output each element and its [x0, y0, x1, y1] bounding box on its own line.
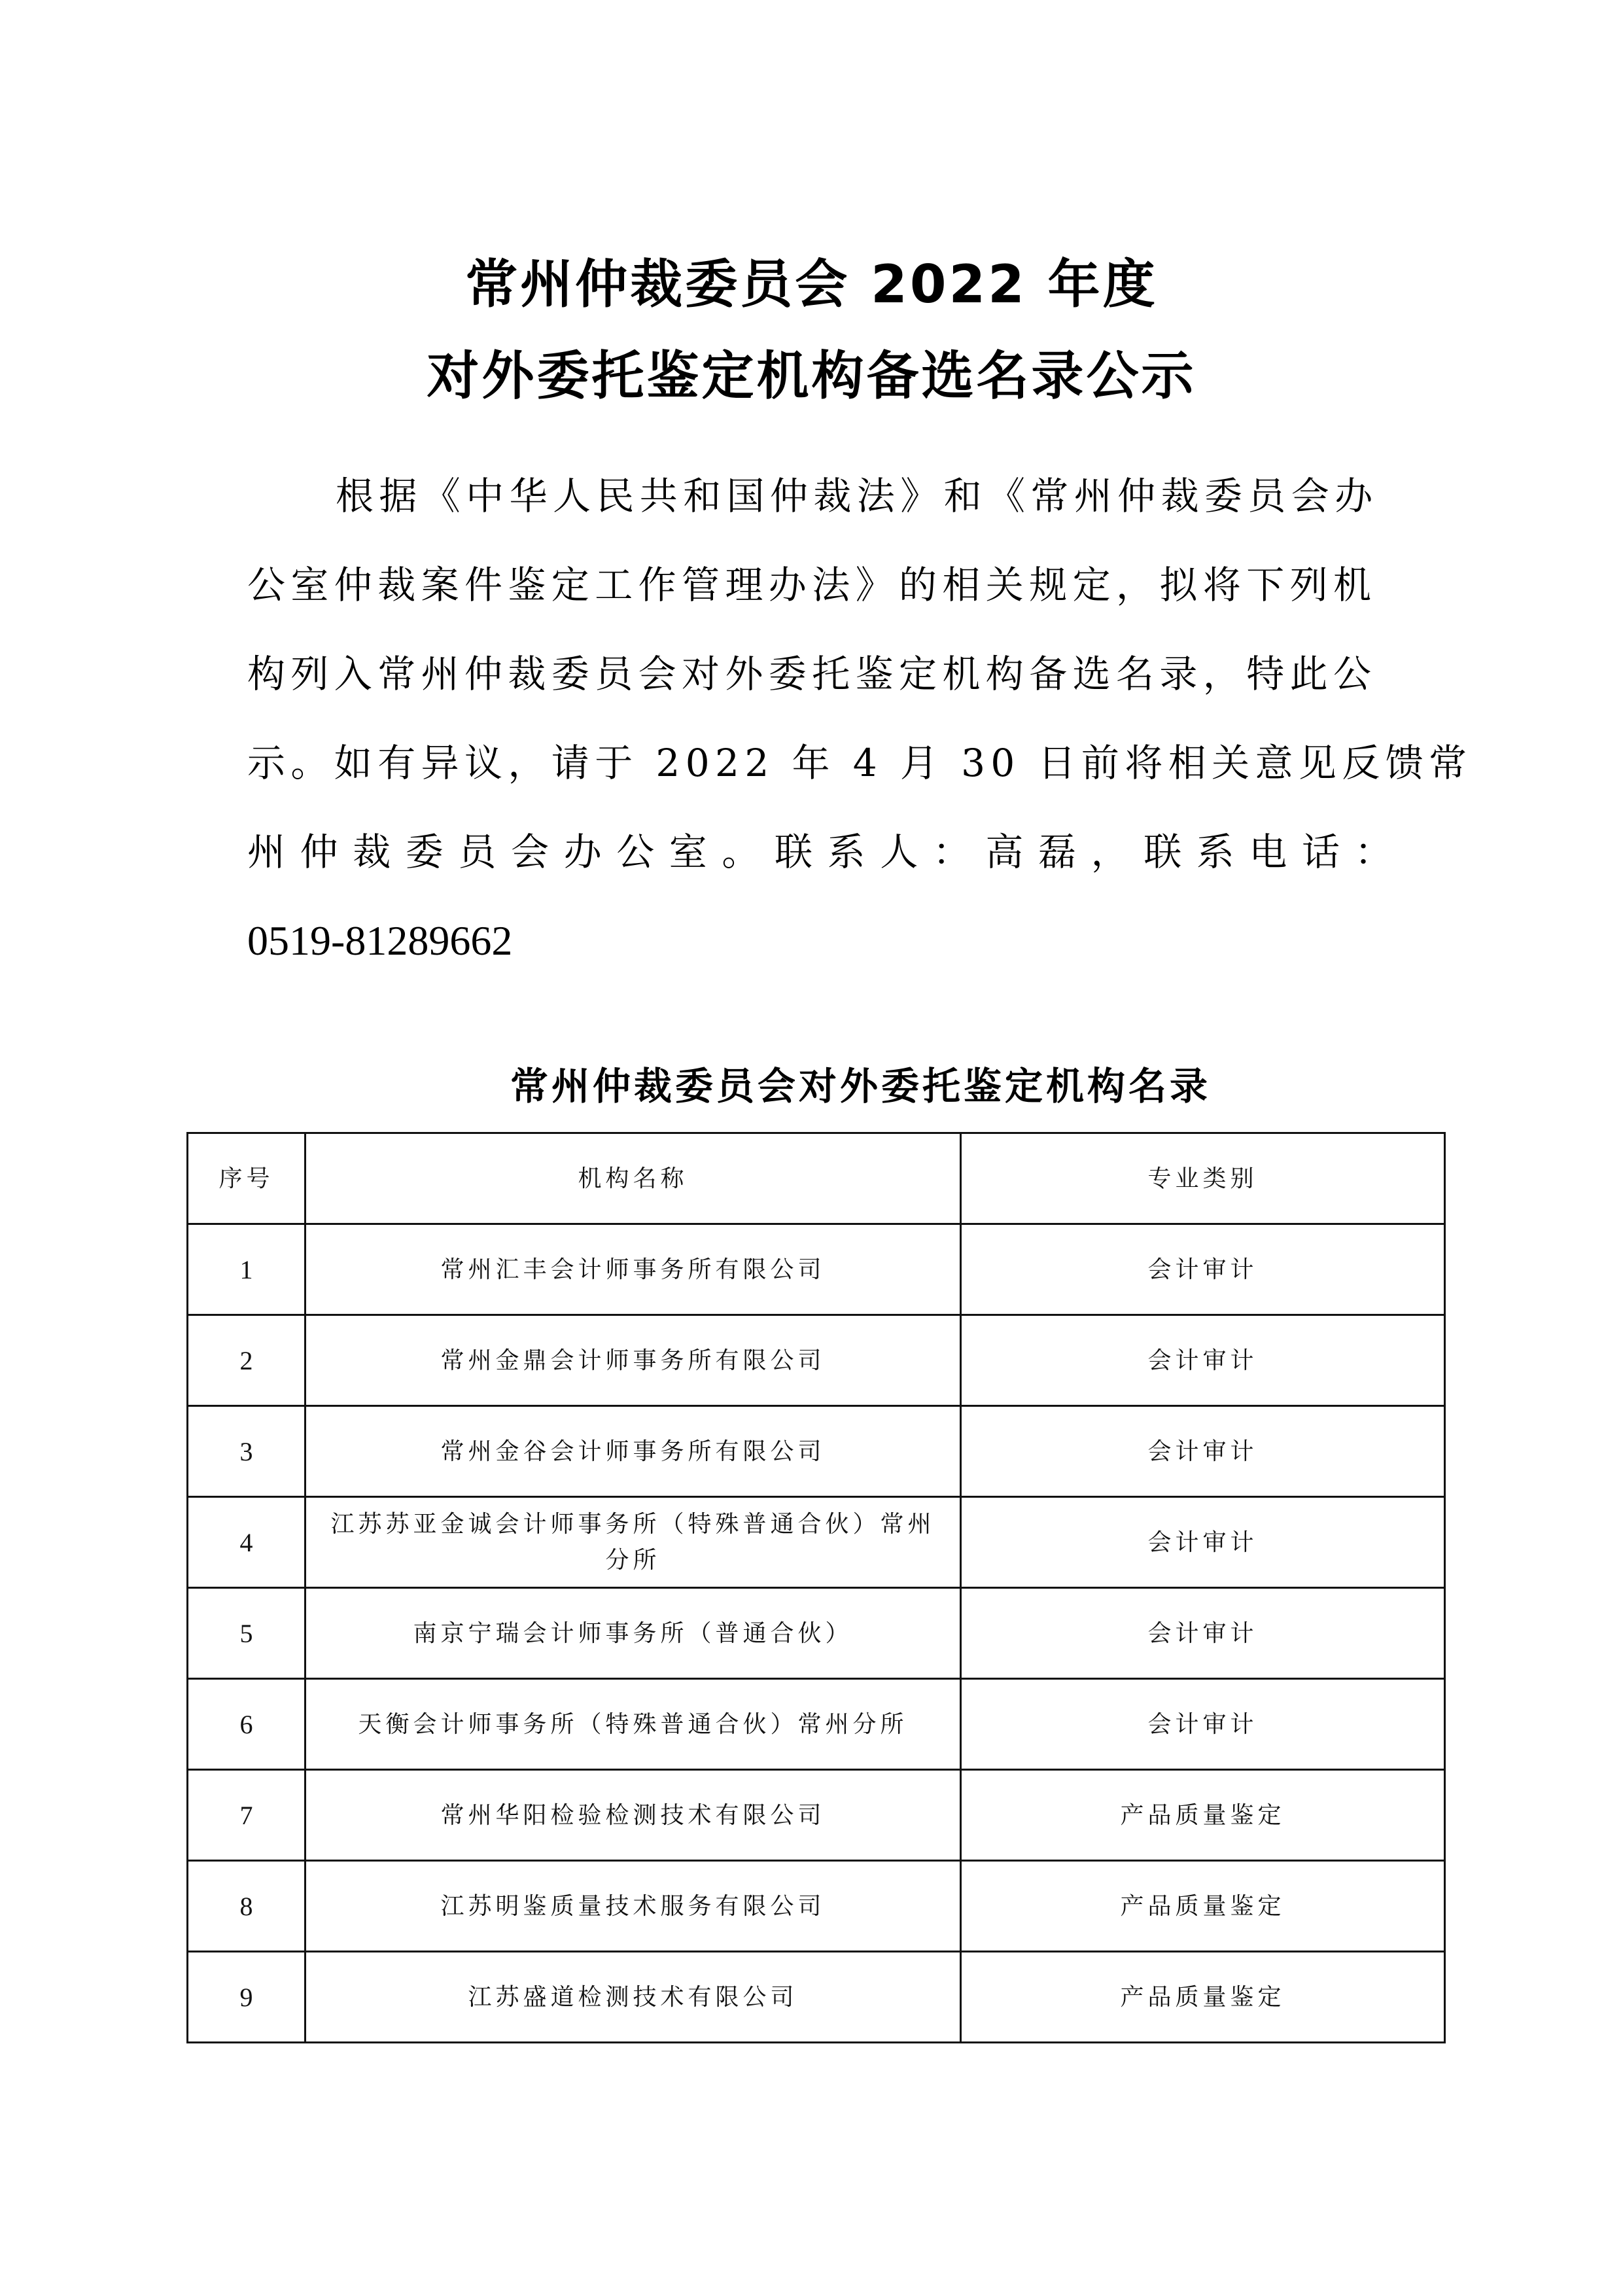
document-page: 常州仲裁委员会 2022 年度 对外委托鉴定机构备选名录公示 根据《中华人民共和…	[0, 0, 1623, 2296]
header-index: 序号	[188, 1133, 305, 1224]
row-category: 会计审计	[961, 1315, 1445, 1406]
row-name: 天衡会计师事务所（特殊普通合伙）常州分所	[305, 1679, 961, 1770]
row-index: 9	[188, 1952, 305, 2043]
row-name: 常州金鼎会计师事务所有限公司	[305, 1315, 961, 1406]
table-row: 2 常州金鼎会计师事务所有限公司 会计审计	[188, 1315, 1445, 1406]
header-name: 机构名称	[305, 1133, 961, 1224]
row-category: 会计审计	[961, 1497, 1445, 1588]
row-name: 江苏苏亚金诚会计师事务所（特殊普通合伙）常州分所	[305, 1497, 961, 1588]
row-category: 产品质量鉴定	[961, 1770, 1445, 1861]
row-index: 8	[188, 1861, 305, 1952]
table-row: 7 常州华阳检验检测技术有限公司 产品质量鉴定	[188, 1770, 1445, 1861]
row-index: 7	[188, 1770, 305, 1861]
row-category: 会计审计	[961, 1224, 1445, 1315]
table-row: 6 天衡会计师事务所（特殊普通合伙）常州分所 会计审计	[188, 1679, 1445, 1770]
row-index: 1	[188, 1224, 305, 1315]
document-title-line-2: 对外委托鉴定机构备选名录公示	[0, 330, 1623, 422]
row-category: 会计审计	[961, 1588, 1445, 1679]
row-index: 4	[188, 1497, 305, 1588]
notice-line-3: 构列入常州仲裁委员会对外委托鉴定机构备选名录，特此公	[247, 629, 1382, 718]
row-category: 会计审计	[961, 1679, 1445, 1770]
row-index: 2	[188, 1315, 305, 1406]
row-index: 6	[188, 1679, 305, 1770]
table-row: 4 江苏苏亚金诚会计师事务所（特殊普通合伙）常州分所 会计审计	[188, 1497, 1445, 1588]
row-category: 产品质量鉴定	[961, 1861, 1445, 1952]
row-name: 常州金谷会计师事务所有限公司	[305, 1406, 961, 1497]
notice-line-2: 公室仲裁案件鉴定工作管理办法》的相关规定，拟将下列机	[247, 540, 1382, 629]
notice-line-5: 州仲裁委员会办公室。联系人：高磊，联系电话：	[247, 807, 1382, 896]
row-name: 江苏明鉴质量技术服务有限公司	[305, 1861, 961, 1952]
document-title: 常州仲裁委员会 2022 年度 对外委托鉴定机构备选名录公示	[0, 239, 1623, 422]
row-name: 常州汇丰会计师事务所有限公司	[305, 1224, 961, 1315]
row-name: 常州华阳检验检测技术有限公司	[305, 1770, 961, 1861]
row-category: 产品质量鉴定	[961, 1952, 1445, 2043]
contact-phone: 0519-81289662	[247, 896, 1382, 985]
table-row: 1 常州汇丰会计师事务所有限公司 会计审计	[188, 1224, 1445, 1315]
notice-line-4: 示。如有异议，请于 2022 年 4 月 30 日前将相关意见反馈常	[247, 718, 1382, 807]
notice-line-1: 根据《中华人民共和国仲裁法》和《常州仲裁委员会办	[247, 451, 1382, 540]
table-title: 常州仲裁委员会对外委托鉴定机构名录	[0, 1060, 1623, 1112]
table-row: 3 常州金谷会计师事务所有限公司 会计审计	[188, 1406, 1445, 1497]
table-row: 8 江苏明鉴质量技术服务有限公司 产品质量鉴定	[188, 1861, 1445, 1952]
header-category: 专业类别	[961, 1133, 1445, 1224]
row-name: 南京宁瑞会计师事务所（普通合伙）	[305, 1588, 961, 1679]
table-row: 5 南京宁瑞会计师事务所（普通合伙） 会计审计	[188, 1588, 1445, 1679]
table-row: 9 江苏盛道检测技术有限公司 产品质量鉴定	[188, 1952, 1445, 2043]
document-title-line-1: 常州仲裁委员会 2022 年度	[0, 239, 1623, 330]
notice-paragraph: 根据《中华人民共和国仲裁法》和《常州仲裁委员会办 公室仲裁案件鉴定工作管理办法》…	[247, 451, 1382, 985]
table-header-row: 序号 机构名称 专业类别	[188, 1133, 1445, 1224]
row-category: 会计审计	[961, 1406, 1445, 1497]
institution-table: 序号 机构名称 专业类别 1 常州汇丰会计师事务所有限公司 会计审计 2 常州金…	[186, 1132, 1446, 2043]
row-name: 江苏盛道检测技术有限公司	[305, 1952, 961, 2043]
row-index: 5	[188, 1588, 305, 1679]
row-index: 3	[188, 1406, 305, 1497]
